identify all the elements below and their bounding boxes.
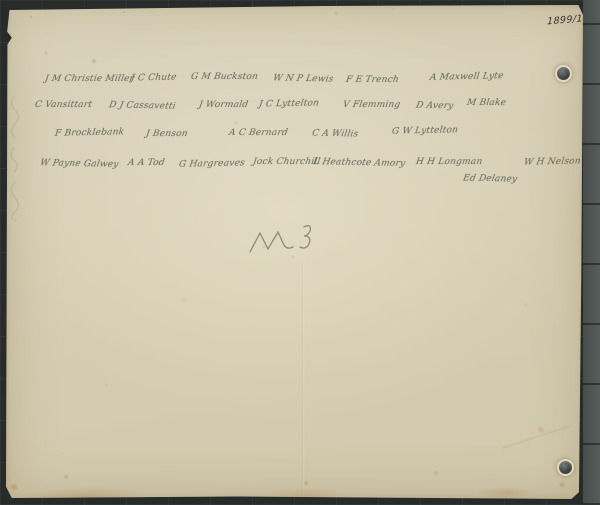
punch-hole-bottom [557, 459, 574, 476]
signature: A Maxwell Lyte [429, 71, 504, 83]
photo-background: 1899/1900 J M Christie Miller J C Chute … [0, 0, 600, 505]
signature: A A Tod [127, 158, 165, 168]
signature: Jock Churchill [252, 157, 321, 167]
paper-crease [502, 424, 570, 448]
signature: A C Bernard [228, 128, 288, 138]
signature: D Avery [415, 101, 454, 112]
signature: J Benson [145, 129, 188, 139]
table-surface [583, 0, 600, 505]
paper-crease [302, 260, 305, 495]
signature: G W Lyttelton [391, 125, 459, 136]
signature: W Payne Galwey [39, 158, 119, 170]
signature: V Flemming [342, 100, 401, 110]
signature: Ed Delaney [462, 173, 518, 184]
signature: G M Buckston [190, 72, 258, 82]
punch-hole-top [555, 65, 572, 82]
signature: W N P Lewis [272, 73, 334, 84]
signature: J C Lyttelton [258, 98, 320, 109]
signature: J C Chute [130, 72, 177, 83]
signature: F E Trench [345, 75, 399, 85]
signature: F Brocklebank [54, 127, 125, 139]
signature: G Hargreaves [178, 158, 245, 169]
pencil-squiggle-mark [242, 220, 322, 262]
signature: H H Longman [415, 157, 483, 167]
signature: L Heathcote Amory [312, 157, 406, 169]
ghost-writing-marks [6, 90, 24, 225]
signature: W H Nelson [523, 156, 581, 167]
signature: J Wormald [198, 100, 249, 110]
signature: M Blake [466, 98, 507, 108]
signature: C Vansittart [34, 100, 93, 110]
signature: C A Willis [311, 129, 359, 140]
autograph-sheet: 1899/1900 J M Christie Miller J C Chute … [6, 5, 583, 499]
signature: J M Christie Miller [44, 74, 135, 84]
signature: D J Cassavetti [108, 100, 176, 111]
